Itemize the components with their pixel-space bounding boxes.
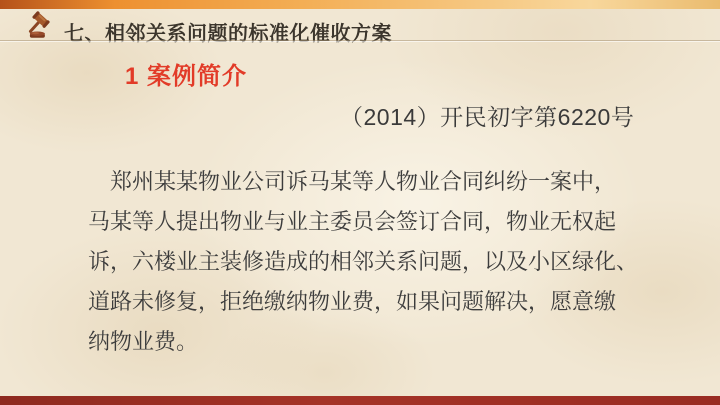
section-heading: 1 案例简介 — [125, 56, 247, 91]
bottom-accent-bar — [0, 396, 720, 405]
header-divider — [0, 40, 720, 41]
gavel-icon — [28, 11, 58, 41]
top-accent-bar — [0, 0, 720, 9]
case-description-line: 纳物业费。 — [88, 322, 648, 362]
slide-header: 七、相邻关系问题的标准化催收方案 — [0, 9, 720, 41]
case-description-line: 郑州某某物业公司诉马某等人物业合同纠纷一案中， — [88, 162, 648, 202]
case-number: （2014）开民初字第6220号 — [340, 99, 634, 132]
case-description: 郑州某某物业公司诉马某等人物业合同纠纷一案中， 马某等人提出物业与业主委员会签订… — [88, 162, 648, 362]
case-description-line: 马某等人提出物业与业主委员会签订合同，物业无权起 — [88, 202, 648, 242]
case-description-line: 诉，六楼业主装修造成的相邻关系问题，以及小区绿化、 — [88, 242, 648, 282]
slide-title: 七、相邻关系问题的标准化催收方案 — [64, 17, 392, 46]
presentation-slide: 七、相邻关系问题的标准化催收方案 1 案例简介 （2014）开民初字第6220号… — [0, 0, 720, 405]
case-description-line: 道路未修复，拒绝缴纳物业费，如果问题解决，愿意缴 — [88, 282, 648, 322]
